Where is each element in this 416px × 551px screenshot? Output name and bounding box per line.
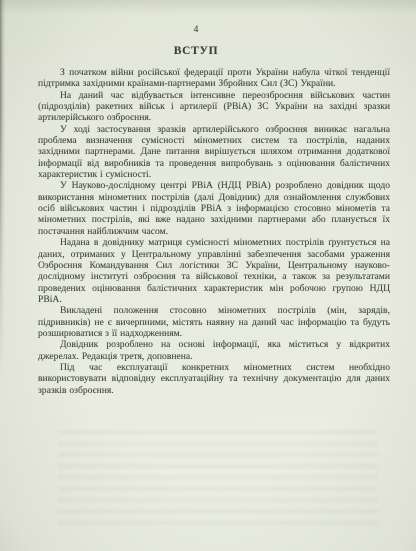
paragraph: Під час експлуатації конкретних мінометн… bbox=[38, 362, 390, 396]
paragraph: З початком війни російської федерації пр… bbox=[38, 67, 390, 90]
paragraph: Викладені положення стосовно мінометних … bbox=[38, 305, 390, 339]
paragraph: У Науково-дослідному центрі РВіА (НДЦ РВ… bbox=[38, 180, 390, 237]
bleed-through-text bbox=[58, 430, 378, 526]
body-text: З початком війни російської федерації пр… bbox=[38, 67, 390, 396]
paragraph: На даний час відбувається інтенсивне пер… bbox=[38, 90, 390, 124]
paragraph: Надана в довіднику матриця сумісності мі… bbox=[38, 237, 390, 305]
section-title: ВСТУП bbox=[20, 45, 372, 58]
document-page: 4 ВСТУП З початком війни російської феде… bbox=[38, 0, 390, 396]
top-edge-shading bbox=[0, 0, 416, 14]
document-photo: 4 ВСТУП З початком війни російської феде… bbox=[0, 0, 416, 551]
paragraph: Довідник розроблено на основі інформації… bbox=[38, 339, 390, 362]
paragraph: У ході застосування зразків артилерійськ… bbox=[38, 124, 390, 181]
page-edge-shadow bbox=[0, 0, 6, 380]
page-number: 4 bbox=[20, 25, 372, 36]
